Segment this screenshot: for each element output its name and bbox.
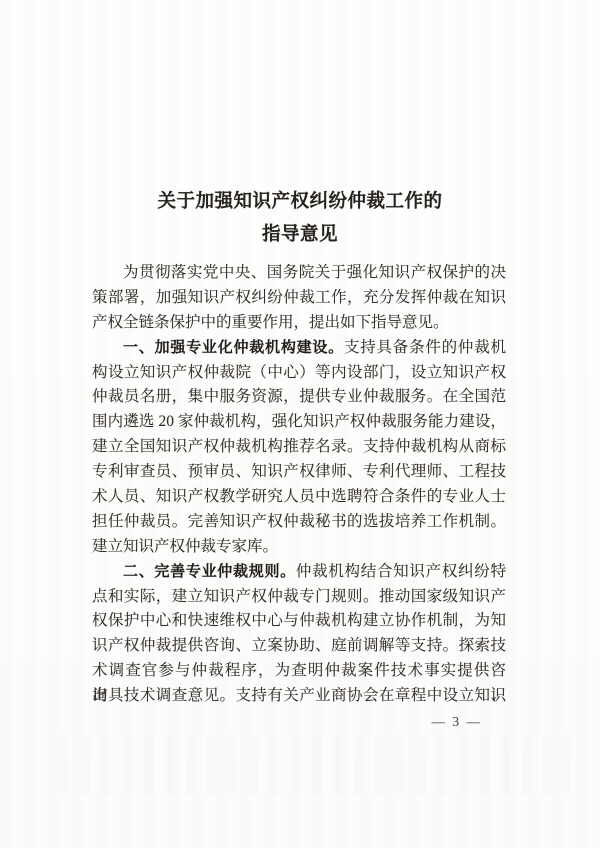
text-line: 建立知识产权仲裁专家库。 [92,535,506,560]
text-segment: 出具技术调查意见。支持有关产业商协会在章程中设立知识 [92,687,506,704]
document-title-line1: 关于加强知识产权纠纷仲裁工作的 [0,186,600,219]
text-segment: 仲裁机构结合知识产权纠纷特 [296,563,506,580]
section-heading-segment: 二、完善专业仲裁规则。 [123,563,296,580]
text-line: 策部署，加强知识产权纠纷仲裁工作，充分发挥仲裁在知识 [92,286,506,311]
text-segment: 担任仲裁员。完善知识产权仲裁秘书的选拔培养工作机制。 [92,513,506,530]
paragraph: 一、加强专业化仲裁机构建设。支持具备条件的仲裁机构设立知识产权仲裁院（中心）等内… [92,336,506,560]
page-number: — 3 — [432,714,483,730]
text-line: 识产权仲裁提供咨询、立案协助、庭前调解等支持。探索技 [92,634,506,659]
text-segment: 为贯彻落实党中央、国务院关于强化知识产权保护的决 [123,264,506,281]
text-line: 产权全链条保护中的重要作用，提出如下指导意见。 [92,311,506,336]
text-segment: 构设立知识产权仲裁院（中心）等内设部门，设立知识产权 [92,364,506,381]
scan-artifact-band [60,735,570,795]
text-segment: 权保护中心和快速维权中心与仲裁机构建立协作机制，为知 [92,612,506,629]
document-body: 为贯彻落实党中央、国务院关于强化知识产权保护的决策部署，加强知识产权纠纷仲裁工作… [92,261,506,709]
text-line: 担任仲裁员。完善知识产权仲裁秘书的选拔培养工作机制。 [92,510,506,535]
text-segment: 产权全链条保护中的重要作用，提出如下指导意见。 [92,314,449,331]
text-line: 仲裁员名册，集中服务资源，提供专业仲裁服务。在全国范 [92,385,506,410]
text-segment: 点和实际，建立知识产权仲裁专门规则。推动国家级知识产 [92,588,506,605]
paragraph: 为贯彻落实党中央、国务院关于强化知识产权保护的决策部署，加强知识产权纠纷仲裁工作… [92,261,506,336]
text-segment: 识产权仲裁提供咨询、立案协助、庭前调解等支持。探索技 [92,637,506,654]
paragraph: 二、完善专业仲裁规则。仲裁机构结合知识产权纠纷特点和实际，建立知识产权仲裁专门规… [92,560,506,709]
document-title-line2: 指导意见 [0,219,600,252]
text-line: 二、完善专业仲裁规则。仲裁机构结合知识产权纠纷特 [92,560,506,585]
text-segment: 围内遴选 20 家仲裁机构，强化知识产权仲裁服务能力建设， [92,413,506,430]
text-line: 一、加强专业化仲裁机构建设。支持具备条件的仲裁机 [92,336,506,361]
text-line: 术人员、知识产权教学研究人员中选聘符合条件的专业人士 [92,485,506,510]
text-segment: 仲裁员名册，集中服务资源，提供专业仲裁服务。在全国范 [92,388,506,405]
text-line: 围内遴选 20 家仲裁机构，强化知识产权仲裁服务能力建设， [92,410,506,435]
document-title: 关于加强知识产权纠纷仲裁工作的 指导意见 [0,186,600,251]
text-segment: 术人员、知识产权教学研究人员中选聘符合条件的专业人士 [92,488,506,505]
text-segment: 建立知识产权仲裁专家库。 [92,538,278,555]
scanned-document-page: 关于加强知识产权纠纷仲裁工作的 指导意见 为贯彻落实党中央、国务院关于强化知识产… [0,0,600,848]
text-line: 点和实际，建立知识产权仲裁专门规则。推动国家级知识产 [92,585,506,610]
text-line: 建立全国知识产权仲裁机构推荐名录。支持仲裁机构从商标 [92,435,506,460]
text-line: 构设立知识产权仲裁院（中心）等内设部门，设立知识产权 [92,361,506,386]
text-line: 权保护中心和快速维权中心与仲裁机构建立协作机制，为知 [92,609,506,634]
text-segment: 策部署，加强知识产权纠纷仲裁工作，充分发挥仲裁在知识 [92,289,506,306]
section-heading-segment: 一、加强专业化仲裁机构建设。 [123,339,344,356]
text-line: 术调查官参与仲裁程序，为查明仲裁案件技术事实提供咨询、 [92,659,506,684]
text-segment: 建立全国知识产权仲裁机构推荐名录。支持仲裁机构从商标 [92,438,506,455]
text-line: 为贯彻落实党中央、国务院关于强化知识产权保护的决 [92,261,506,286]
text-segment: 专利审查员、预审员、知识产权律师、专利代理师、工程技 [92,463,506,480]
text-line: 出具技术调查意见。支持有关产业商协会在章程中设立知识 [92,684,506,709]
text-line: 专利审查员、预审员、知识产权律师、专利代理师、工程技 [92,460,506,485]
text-segment: 支持具备条件的仲裁机 [344,339,506,356]
